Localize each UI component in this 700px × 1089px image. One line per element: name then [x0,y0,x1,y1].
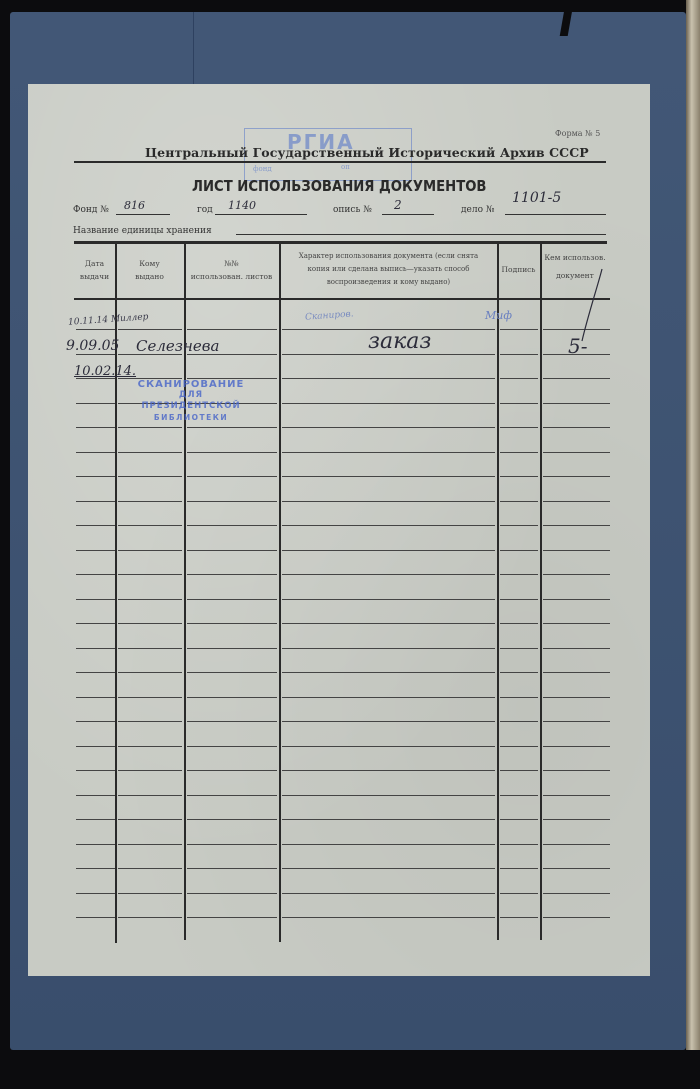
row-rule [543,427,610,428]
row-rule [282,403,495,404]
row-rule [500,819,538,820]
row-rule [187,868,277,869]
row-rule [543,525,610,526]
archive-name: Центральный Государственный Исторический… [145,145,589,160]
opis-label: опись № [333,205,372,215]
row-rule [118,721,182,722]
row-rule [500,648,538,649]
row-rule [76,623,115,624]
row-rule [500,427,538,428]
row-rule [76,329,115,330]
row-rule [76,403,115,404]
delo-line [505,214,606,215]
row-rule [543,697,610,698]
row-rule [500,770,538,771]
row-rule [76,819,115,820]
row-rule [500,868,538,869]
row-rule [543,623,610,624]
col-divider [279,243,281,942]
row-rule [118,476,182,477]
row-rule [118,868,182,869]
row-rule [76,525,115,526]
row-rule [543,844,610,845]
god-value[interactable]: 1140 [228,199,256,212]
table-header-bottom-rule [74,298,610,300]
row-rule [187,599,277,600]
col-header-date: Дата выдачи [74,257,115,283]
row-rule [282,525,495,526]
row-rule [500,746,538,747]
row-rule [187,893,277,894]
row-rule [282,378,495,379]
row-rule [543,403,610,404]
row-rule [500,893,538,894]
row-rule [118,819,182,820]
row-rule [76,893,115,894]
delo-label: дело № [461,205,494,215]
row-rule [543,795,610,796]
row-rule [187,427,277,428]
row-rule [500,917,538,918]
document-title: ЛИСТ ИСПОЛЬЗОВАНИЯ ДОКУМЕНТОВ [192,177,486,195]
page-edges [686,0,700,1050]
opis-line [382,214,434,215]
row-rule [187,697,277,698]
row-rule [543,672,610,673]
rgia-stamp-fond: фонд [253,165,272,173]
row-rule [282,746,495,747]
row-rule [543,378,610,379]
rgia-stamp-op: оп [341,163,350,171]
row-rule [543,819,610,820]
row-rule [500,623,538,624]
row-rule [76,746,115,747]
col-divider [540,243,542,940]
col-header-nature: Характер использования документа (если с… [280,250,497,289]
row-rule [187,795,277,796]
row-rule [118,599,182,600]
row-rule [543,452,610,453]
row-rule [76,574,115,575]
row-rule [543,746,610,747]
row-rule [76,648,115,649]
row-rule [543,770,610,771]
row-rule [118,697,182,698]
row-rule [118,648,182,649]
row-rule [543,721,610,722]
row-rule [76,917,115,918]
row-rule [187,819,277,820]
row-rule [282,599,495,600]
row-rule [187,452,277,453]
row-rule [118,746,182,747]
row-rule [282,574,495,575]
row-rule [76,476,115,477]
delo-value[interactable]: 1101-5 [512,190,561,206]
usage-sheet [28,84,650,976]
row-rule [282,501,495,502]
row-rule [187,574,277,575]
row-rule [76,868,115,869]
entry-3-date[interactable]: 10.02.14. [74,364,136,379]
row-rule [118,501,182,502]
row-rule [543,599,610,600]
row-rule [543,917,610,918]
row-rule [282,623,495,624]
row-rule [543,476,610,477]
row-rule [76,721,115,722]
row-rule [76,427,115,428]
fond-line [116,214,170,215]
row-rule [282,770,495,771]
form-number: Форма № 5 [555,129,600,138]
entry-2-to[interactable]: Селезнева [136,337,219,355]
row-rule [500,697,538,698]
row-rule [500,354,538,355]
row-rule [76,697,115,698]
row-rule [500,525,538,526]
row-rule [500,403,538,404]
row-rule [500,378,538,379]
col-divider [497,243,499,940]
row-rule [500,844,538,845]
row-rule [118,893,182,894]
row-rule [187,501,277,502]
row-rule [118,452,182,453]
row-rule [118,795,182,796]
row-rule [118,550,182,551]
row-rule [500,672,538,673]
row-rule [118,329,182,330]
scan-stamp: СКАНИРОВАНИЕ ДЛЯ ПРЕЗИДЕНТСКОЙ БИБЛИОТЕК… [128,379,254,423]
row-rule [76,770,115,771]
row-rule [187,476,277,477]
god-line [215,214,307,215]
row-rule [500,599,538,600]
cover-seam [193,12,194,84]
row-rule [500,721,538,722]
row-rule [187,525,277,526]
fond-label: Фонд № [73,205,109,215]
fond-value[interactable]: 816 [124,199,145,212]
opis-value[interactable]: 2 [394,198,402,212]
row-rule [118,574,182,575]
row-rule [543,574,610,575]
row-rule [118,427,182,428]
row-rule [118,525,182,526]
entry-2-nature[interactable]: заказ [368,329,431,354]
storage-unit-line [236,234,606,235]
table-top-rule [74,241,607,244]
god-label: год [197,205,213,215]
title-rule [74,161,606,163]
entry-1-signature[interactable]: Миф [485,309,512,322]
row-rule [282,452,495,453]
row-rule [543,893,610,894]
row-rule [187,648,277,649]
row-rule [118,844,182,845]
row-rule [500,329,538,330]
row-rule [543,550,610,551]
row-rule [282,917,495,918]
row-rule [500,795,538,796]
row-rule [76,795,115,796]
storage-unit-label: Название единицы хранения [73,226,212,236]
row-rule [118,770,182,771]
row-rule [282,427,495,428]
col-header-sheets: №№ использован. листов [184,257,279,283]
row-rule [187,623,277,624]
row-rule [543,501,610,502]
col-header-to-whom: Кому выдано [115,257,184,283]
row-rule [543,868,610,869]
signature-stroke-icon [570,265,610,345]
row-rule [118,917,182,918]
row-rule [76,550,115,551]
row-rule [500,550,538,551]
row-rule [282,893,495,894]
row-rule [187,329,277,330]
row-rule [187,550,277,551]
row-rule [187,721,277,722]
row-rule [282,868,495,869]
row-rule [500,501,538,502]
row-rule [500,574,538,575]
row-rule [187,844,277,845]
row-rule [76,844,115,845]
col-header-signature: Подпись [497,263,540,276]
row-rule [76,672,115,673]
row-rule [282,672,495,673]
row-rule [187,770,277,771]
entry-2-date[interactable]: 9.09.05 [66,338,119,354]
row-rule [76,599,115,600]
row-rule [500,476,538,477]
row-rule [76,501,115,502]
row-rule [282,550,495,551]
row-rule [282,819,495,820]
row-rule [282,844,495,845]
row-rule [187,672,277,673]
row-rule [76,452,115,453]
row-rule [282,697,495,698]
row-rule [282,795,495,796]
row-rule [282,648,495,649]
row-rule [500,452,538,453]
row-rule [118,672,182,673]
row-rule [187,746,277,747]
row-rule [118,623,182,624]
row-rule [187,917,277,918]
row-rule [282,721,495,722]
row-rule [543,648,610,649]
row-rule [282,476,495,477]
